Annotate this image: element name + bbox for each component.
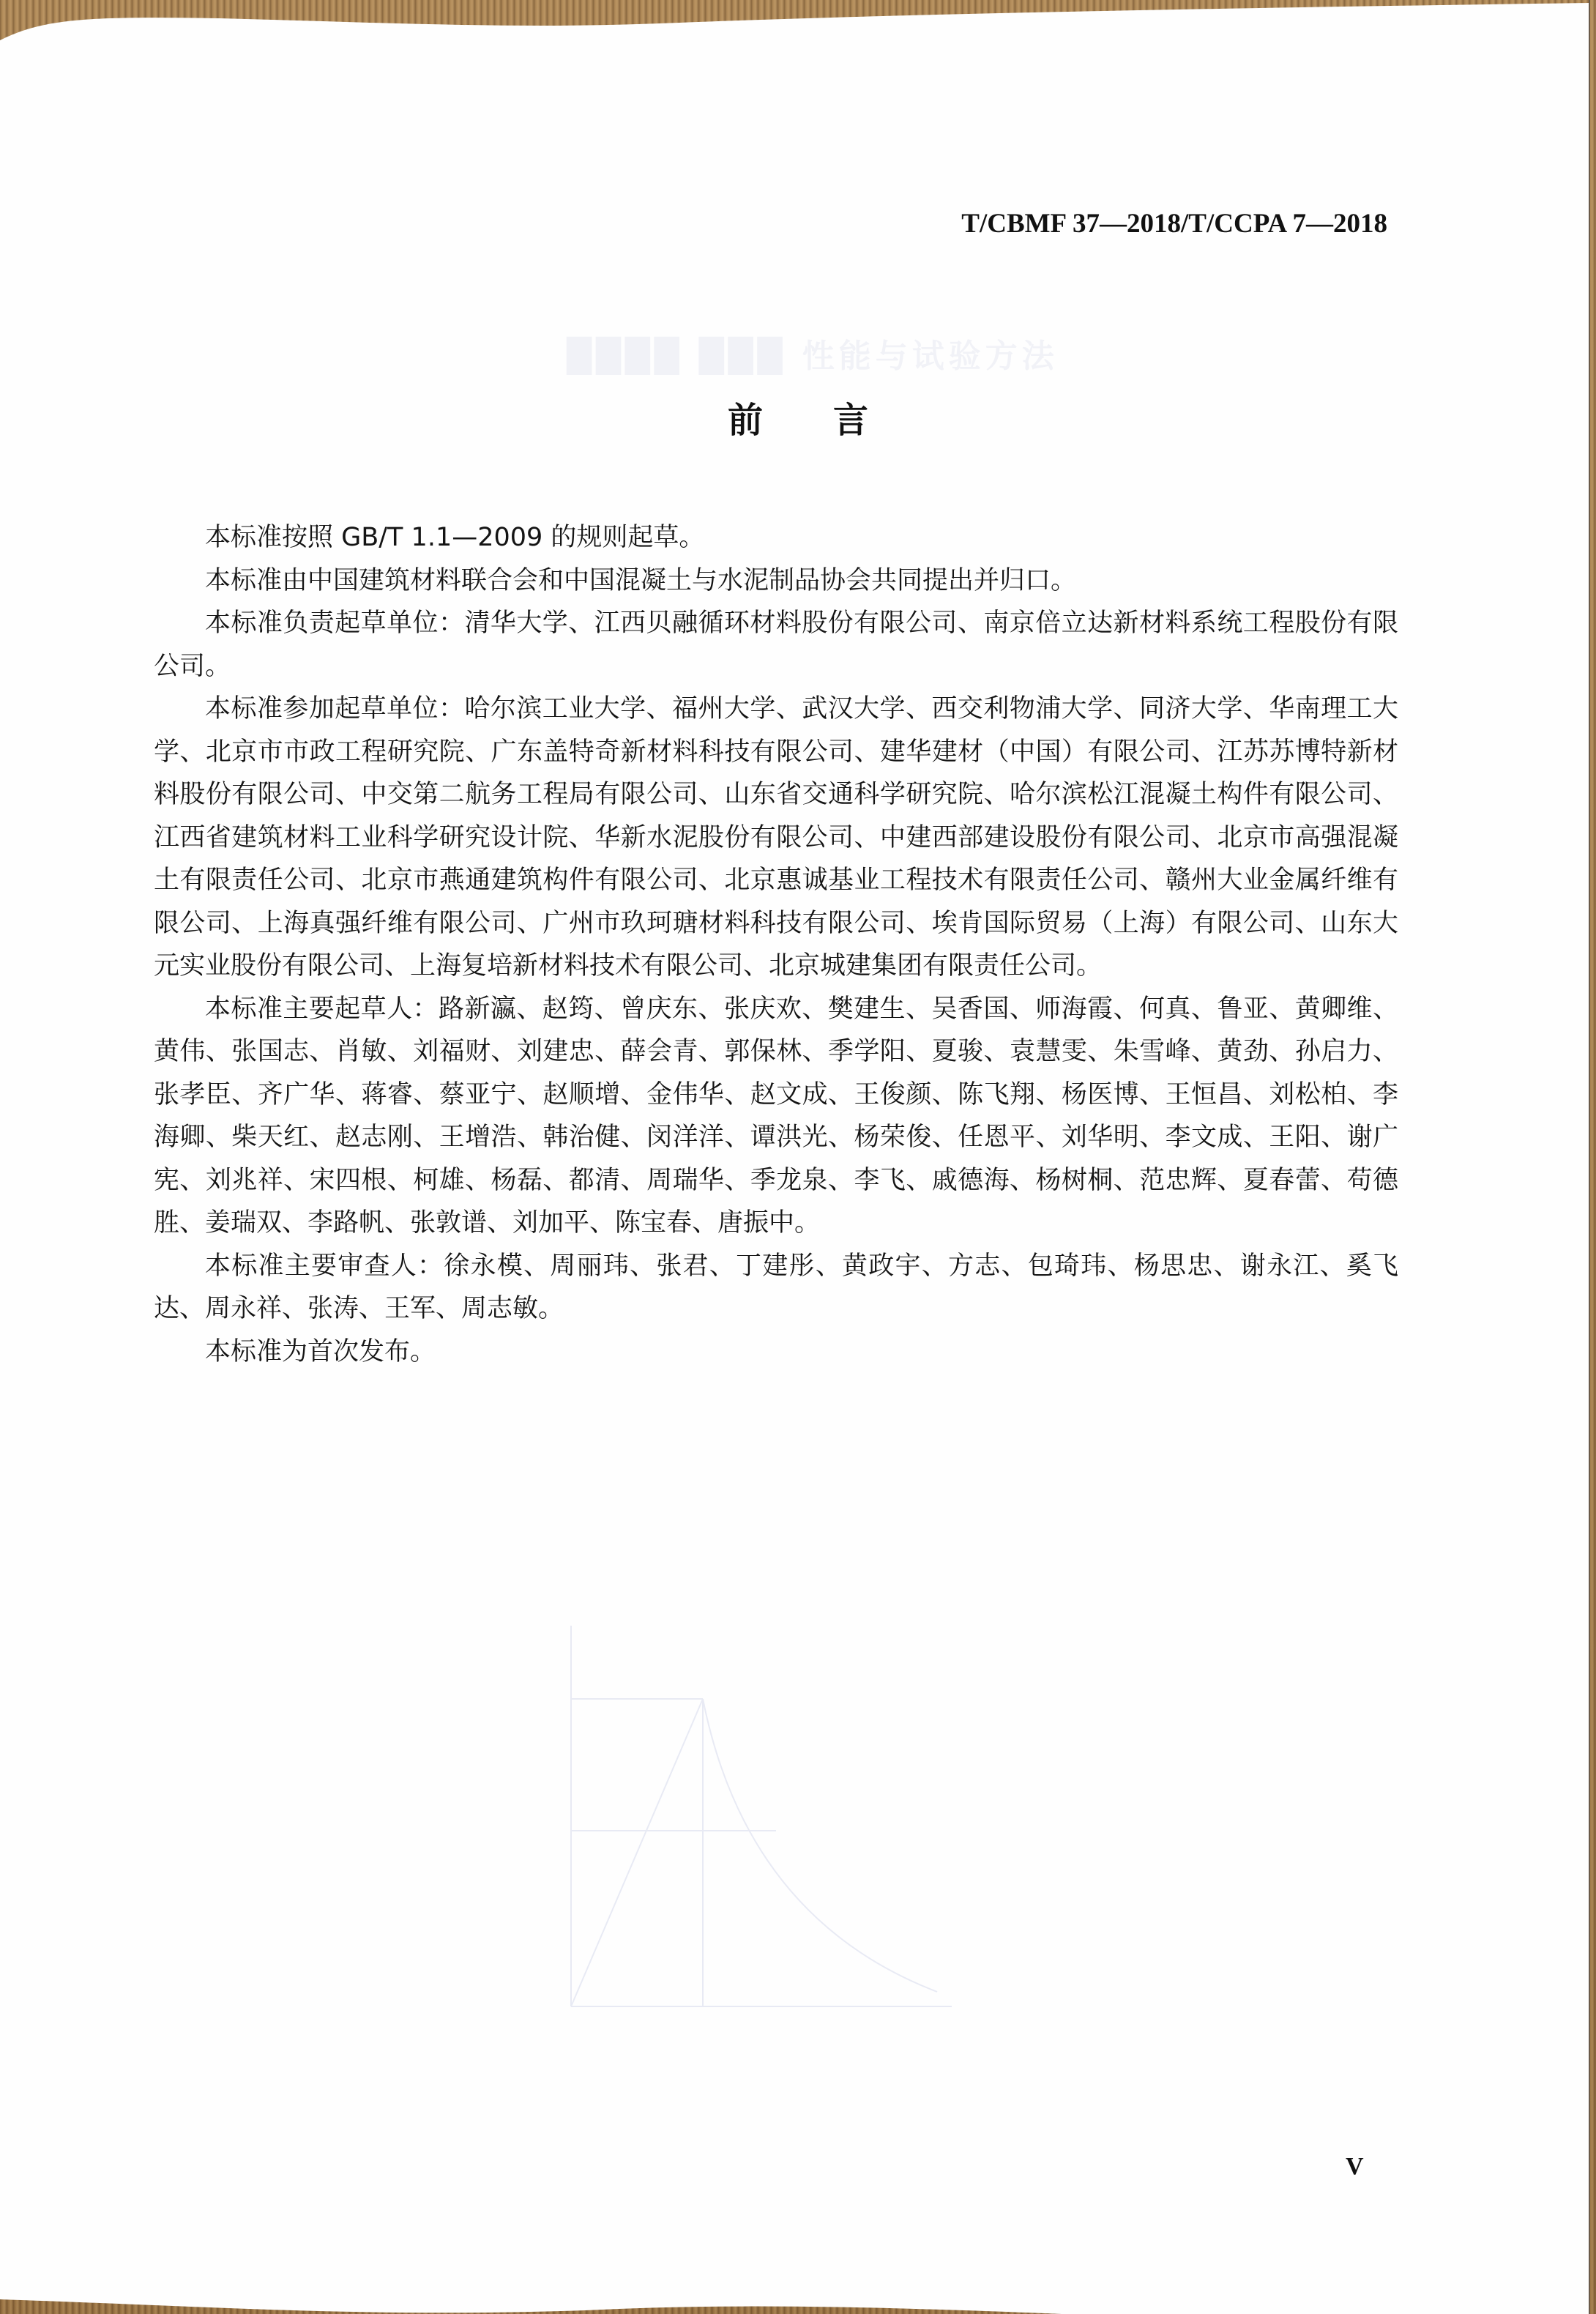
paragraph-lead-drafting-units: 本标准负责起草单位：清华大学、江西贝融循环材料股份有限公司、南京倍立达新材料系统… (154, 602, 1398, 688)
page-title: 前言 (0, 392, 1596, 442)
bleed-through-figure (556, 1611, 966, 2021)
standard-code-header: T/CBMF 37—2018/T/CCPA 7—2018 (961, 208, 1387, 239)
paragraph-drafting-rules: 本标准按照 GB/T 1.1—2009 的规则起草。 (154, 516, 1398, 559)
paragraph-participating-units: 本标准参加起草单位：哈尔滨工业大学、福州大学、武汉大学、西交利物浦大学、同济大学… (154, 688, 1398, 988)
paragraph-first-release: 本标准为首次发布。 (154, 1331, 1398, 1374)
paragraph-main-reviewers: 本标准主要审查人：徐永模、周丽玮、张君、丁建彤、黄政宇、方志、包琦玮、杨思忠、谢… (154, 1245, 1398, 1331)
paragraph-proposer: 本标准由中国建筑材料联合会和中国混凝土与水泥制品协会共同提出并归口。 (154, 559, 1398, 603)
document-page: T/CBMF 37—2018/T/CCPA 7—2018 ████ ███ 性能… (0, 0, 1589, 2314)
paragraph-main-drafters: 本标准主要起草人：路新瀛、赵筠、曾庆东、张庆欢、樊建生、吴香国、师海霞、何真、鲁… (154, 988, 1398, 1245)
foreword-body: 本标准按照 GB/T 1.1—2009 的规则起草。 本标准由中国建筑材料联合会… (154, 516, 1398, 1373)
page-number: V (1346, 2153, 1364, 2181)
page-edge (1589, 0, 1590, 2314)
title-char-2: 言 (833, 400, 868, 441)
bleed-through-text: ████ ███ 性能与试验方法 (512, 330, 1113, 376)
title-char-1: 前 (728, 400, 763, 441)
